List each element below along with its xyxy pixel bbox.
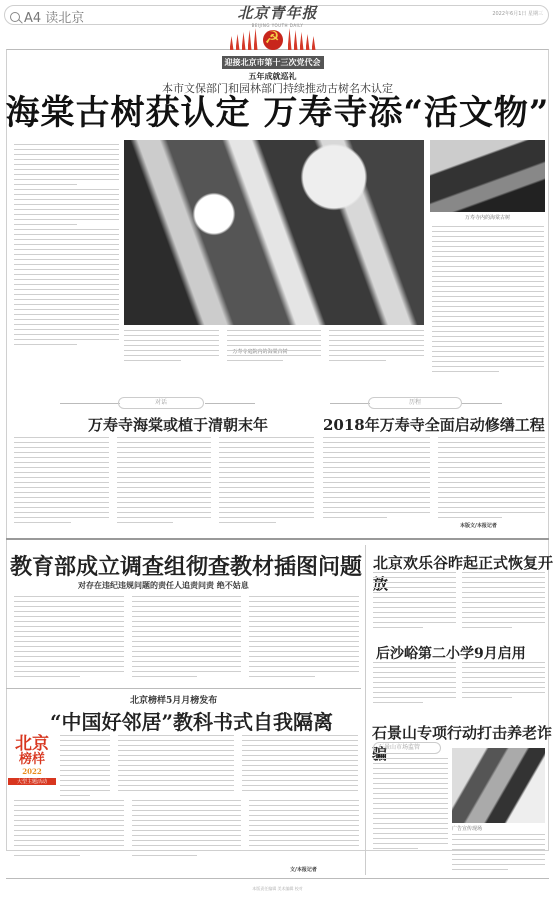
flags-icon bbox=[210, 28, 335, 50]
school-text bbox=[373, 662, 545, 707]
subsection-text-2 bbox=[323, 437, 545, 522]
lead-photo-tree bbox=[124, 140, 424, 325]
masthead: A4 读北京 北京青年报 BEIJING YOUTH DAILY 2022年6月… bbox=[0, 0, 555, 30]
shijingshan-photo-caption: 广告宣传现场 bbox=[452, 825, 502, 832]
section-rule bbox=[6, 538, 549, 540]
logo-text: 北京青年报 bbox=[225, 2, 330, 23]
divider bbox=[330, 403, 370, 404]
divider bbox=[6, 688, 361, 689]
neighbors-text bbox=[14, 800, 359, 860]
neighbors-kicker: 北京榜样5月月榜发布 bbox=[130, 693, 217, 706]
party-congress-banner: 迎接北京市第十三次党代会 五年成就巡礼 bbox=[210, 28, 335, 80]
party-emblem-icon bbox=[263, 30, 283, 50]
tag-label: 石景山市场监管 bbox=[378, 744, 420, 751]
subsection-tag-history: 历程 bbox=[368, 397, 462, 409]
neighbors-headline[interactable]: “中国好邻居”教科书式自我隔离 bbox=[50, 706, 333, 735]
happy-valley-text bbox=[373, 572, 545, 632]
footer-rule bbox=[6, 878, 549, 879]
lead-headline[interactable]: 海棠古树获认定 万寿寺添“活文物” bbox=[0, 93, 555, 133]
neighbors-text-upper bbox=[118, 735, 358, 795]
subsection-title-2[interactable]: 2018年万寿寺全面启动修缮工程 bbox=[323, 414, 545, 435]
subsection-title-1[interactable]: 万寿寺海棠或植于清朝末年 bbox=[88, 414, 268, 435]
tag-label: 历程 bbox=[409, 399, 421, 406]
newspaper-logo: 北京青年报 BEIJING YOUTH DAILY bbox=[225, 2, 330, 28]
promo-line-4: 大型主题活动 bbox=[8, 778, 56, 785]
education-text bbox=[14, 596, 359, 681]
banner-title: 迎接北京市第十三次党代会 bbox=[222, 56, 324, 69]
shijingshan-tag: 石景山市场监管 bbox=[373, 742, 441, 754]
divider bbox=[205, 403, 255, 404]
issue-date: 2022年6月1日 星期三 bbox=[492, 10, 543, 17]
promo-line-3: 2022 bbox=[8, 767, 56, 776]
section-title: A4 读北京 bbox=[24, 7, 84, 26]
lead-text-under-photo bbox=[124, 330, 424, 365]
column-divider bbox=[365, 545, 366, 875]
promo-line-2: 榜样 bbox=[8, 753, 56, 767]
subsection-tag-dialogue: 对话 bbox=[118, 397, 204, 409]
tag-label: 对话 bbox=[155, 399, 167, 406]
education-subhead: 对存在违纪违规问题的责任人追责问责 绝不姑息 bbox=[78, 580, 249, 591]
footer-credits: 本版责任编辑 美术编辑 校对 bbox=[0, 886, 555, 892]
promo-line-1: 北京 bbox=[8, 735, 56, 753]
side-photo bbox=[430, 140, 545, 212]
lead-text-col-right bbox=[432, 226, 544, 376]
school-headline[interactable]: 后沙峪第二小学9月启用 bbox=[376, 643, 526, 663]
neighbors-byline: 文/本报记者 bbox=[290, 866, 317, 873]
neighbors-text-left bbox=[60, 735, 110, 800]
education-headline[interactable]: 教育部成立调查组彻查教材插图问题 bbox=[10, 550, 362, 581]
beijing-role-model-promo[interactable]: 北京 榜样 2022 大型主题活动 bbox=[8, 735, 56, 805]
shijingshan-photo bbox=[452, 748, 545, 823]
divider bbox=[462, 403, 502, 404]
shijingshan-text-right bbox=[452, 834, 545, 874]
side-photo-caption: 万寿寺内的海棠古树 bbox=[430, 214, 545, 221]
lead-text-col-1 bbox=[14, 144, 119, 349]
search-icon[interactable] bbox=[10, 12, 20, 22]
subsection-text-1 bbox=[14, 437, 314, 527]
lead-byline: 本版文/本报记者 bbox=[460, 522, 497, 529]
divider bbox=[60, 403, 120, 404]
section-label[interactable]: A4 读北京 bbox=[10, 7, 84, 26]
shijingshan-text-left bbox=[373, 758, 448, 853]
